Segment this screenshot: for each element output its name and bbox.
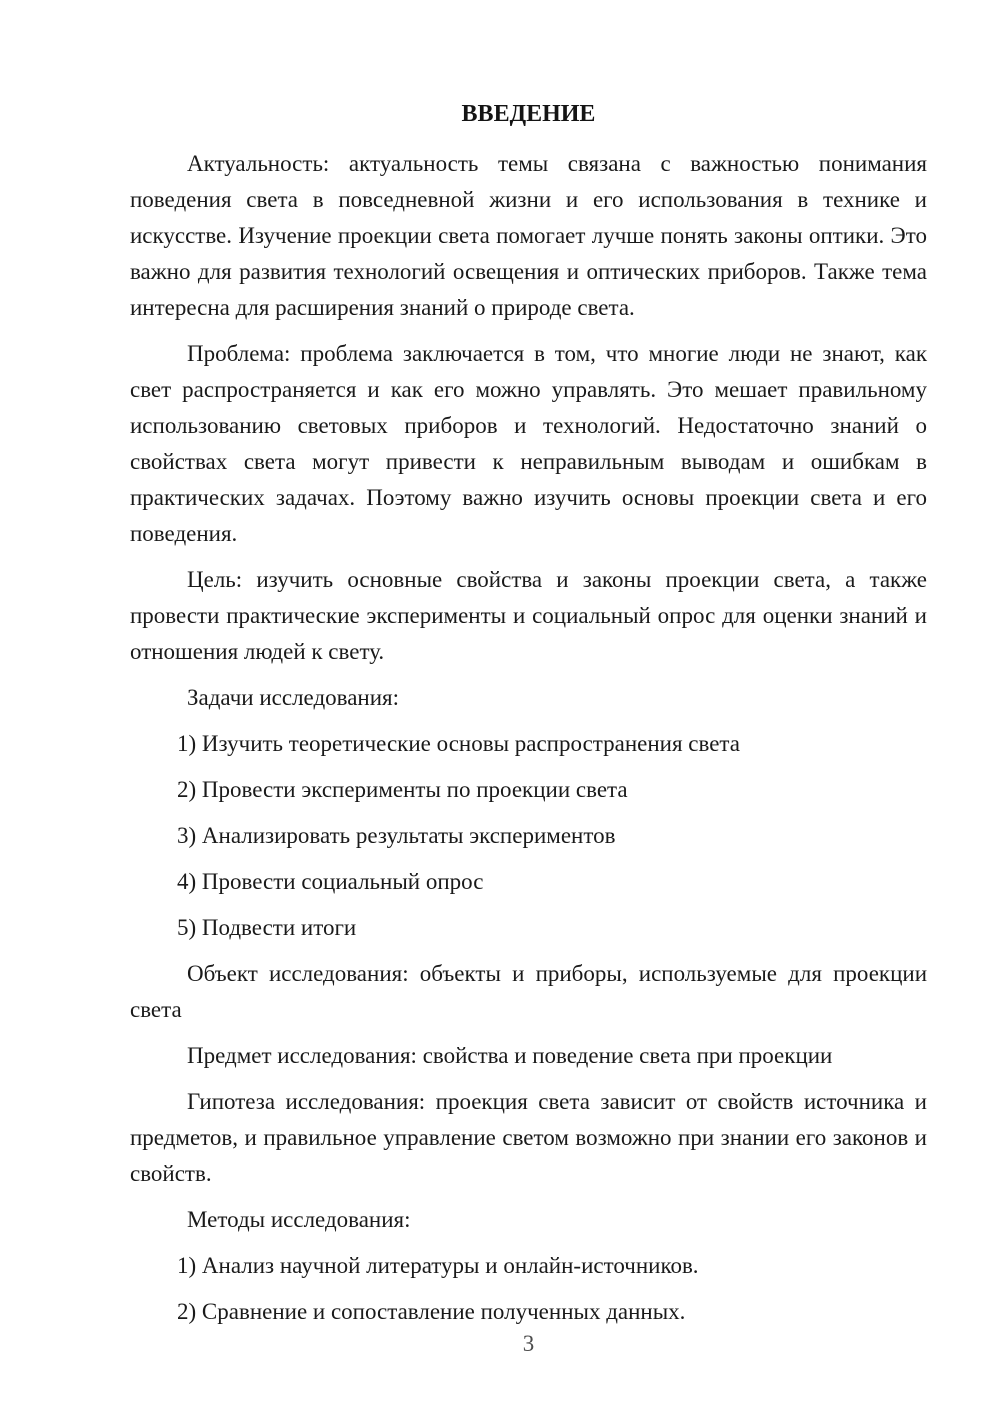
- task-item-1: 1) Изучить теоретические основы распрост…: [130, 726, 927, 762]
- paragraph-aktualnost: Актуальность: актуальность темы связана …: [130, 146, 927, 326]
- method-item-2: 2) Сравнение и сопоставление полученных …: [130, 1294, 927, 1330]
- task-item-5: 5) Подвести итоги: [130, 910, 927, 946]
- document-page: ВВЕДЕНИЕ Актуальность: актуальность темы…: [0, 0, 1000, 1414]
- paragraph-obekt: Объект исследования: объекты и приборы, …: [130, 956, 927, 1028]
- paragraph-problema: Проблема: проблема заключается в том, чт…: [130, 336, 927, 552]
- page-number: 3: [130, 1330, 927, 1358]
- method-item-1: 1) Анализ научной литературы и онлайн-ис…: [130, 1248, 927, 1284]
- task-item-4: 4) Провести социальный опрос: [130, 864, 927, 900]
- page-title: ВВЕДЕНИЕ: [130, 96, 927, 132]
- paragraph-tsel: Цель: изучить основные свойства и законы…: [130, 562, 927, 670]
- tasks-section-label: Задачи исследования:: [130, 680, 927, 716]
- paragraph-gipoteza: Гипотеза исследования: проекция света за…: [130, 1084, 927, 1192]
- task-item-2: 2) Провести эксперименты по проекции све…: [130, 772, 927, 808]
- paragraph-predmet: Предмет исследования: свойства и поведен…: [130, 1038, 927, 1074]
- methods-section-label: Методы исследования:: [130, 1202, 927, 1238]
- task-item-3: 3) Анализировать результаты эксперименто…: [130, 818, 927, 854]
